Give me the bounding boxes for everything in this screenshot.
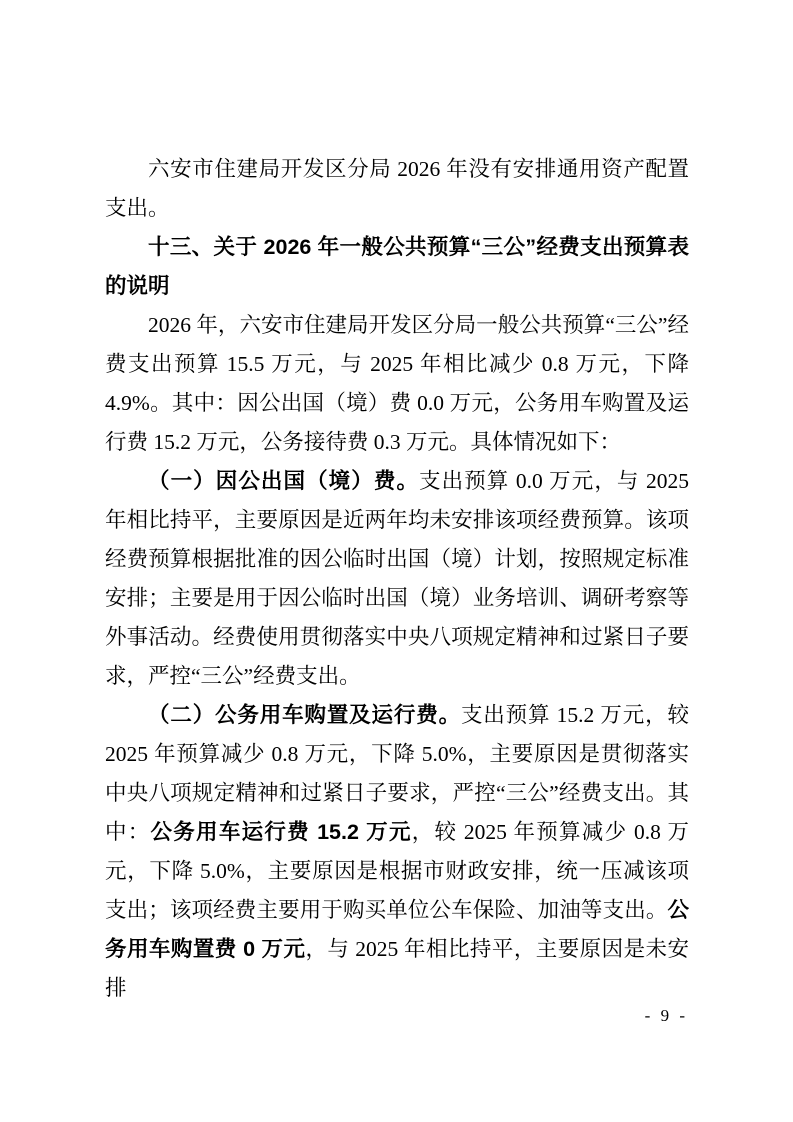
section-heading: 十三、关于 2026 年一般公共预算“三公”经费支出预算表的说明 [105,228,689,306]
vehicle-operating-cost-bold: 公务用车运行费 15.2 万元 [151,820,412,844]
text-run: 2026 年，六安市住建局开发区分局一般公共预算“三公”经费支出预算 15.5 … [105,313,689,454]
page-content: 六安市住建局开发区分局 2026 年没有安排通用资产配置支出。 十三、关于 20… [105,150,689,1008]
text-run: 六安市住建局开发区分局 2026 年没有安排通用资产配置支出。 [105,157,689,220]
paragraph-overview: 2026 年，六安市住建局开发区分局一般公共预算“三公”经费支出预算 15.5 … [105,306,689,462]
paragraph-intro: 六安市住建局开发区分局 2026 年没有安排通用资产配置支出。 [105,150,689,228]
item-1-title: （一）因公出国（境）费。 [148,469,419,493]
paragraph-item-1: （一）因公出国（境）费。支出预算 0.0 万元，与 2025 年相比持平，主要原… [105,462,689,696]
document-page: 六安市住建局开发区分局 2026 年没有安排通用资产配置支出。 十三、关于 20… [0,0,793,1122]
paragraph-item-2: （二）公务用车购置及运行费。支出预算 15.2 万元，较 2025 年预算减少 … [105,696,689,1008]
text-run: 支出预算 0.0 万元，与 2025 年相比持平，主要原因是近两年均未安排该项经… [105,469,689,688]
item-2-title: （二）公务用车购置及运行费。 [148,703,461,727]
page-number: - 9 - [645,1006,688,1025]
page-footer: - 9 - [645,1006,688,1026]
heading-text: 十三、关于 2026 年一般公共预算“三公”经费支出预算表的说明 [105,235,689,298]
